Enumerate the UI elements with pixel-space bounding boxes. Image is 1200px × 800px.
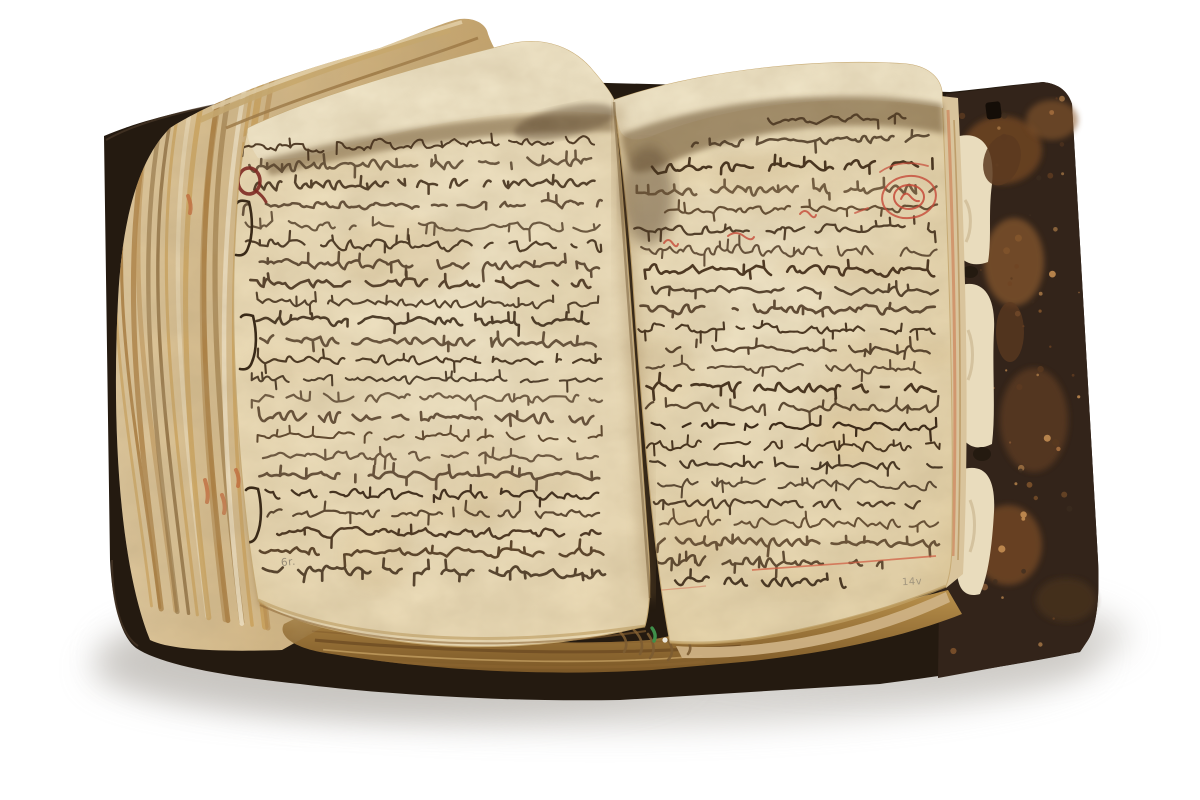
rust-speckle bbox=[1078, 292, 1080, 294]
rust-speckle bbox=[1019, 469, 1023, 473]
rust-speckle bbox=[1038, 642, 1042, 646]
pastedown-gap bbox=[973, 447, 991, 461]
rust-speckle bbox=[1014, 264, 1019, 269]
rust-speckle bbox=[1049, 271, 1056, 278]
rust-speckle bbox=[1072, 374, 1075, 377]
rust-speckle bbox=[1037, 366, 1043, 372]
rust-speckle bbox=[980, 269, 982, 271]
board-hole bbox=[985, 101, 1002, 120]
rust-speckle bbox=[1053, 617, 1055, 619]
rust-speckle bbox=[1052, 439, 1059, 446]
rust-patch bbox=[1000, 368, 1068, 472]
rust-speckle bbox=[1053, 227, 1058, 232]
photo-canvas: 6r. 14v bbox=[0, 0, 1200, 800]
rust-speckle bbox=[1044, 435, 1051, 442]
rust-speckle bbox=[1010, 277, 1012, 279]
rust-speckle bbox=[1014, 482, 1017, 485]
rust-speckle bbox=[1061, 172, 1064, 175]
rust-speckle bbox=[1039, 310, 1042, 313]
white-thread bbox=[662, 637, 667, 642]
rust-speckle bbox=[1077, 395, 1080, 398]
rust-speckle bbox=[1020, 511, 1026, 517]
folio-mark-left: 6r. bbox=[280, 556, 296, 569]
rust-patch bbox=[984, 218, 1044, 306]
rust-speckle bbox=[998, 545, 1005, 552]
rust-speckle bbox=[1066, 506, 1072, 512]
rust-speckle bbox=[1016, 384, 1022, 390]
rust-speckle bbox=[1001, 112, 1007, 118]
rust-speckle bbox=[1001, 596, 1004, 599]
rust-patch bbox=[1036, 578, 1096, 622]
rust-speckle bbox=[1039, 292, 1043, 296]
rust-speckle bbox=[1003, 247, 1010, 254]
rust-speckle bbox=[997, 126, 1000, 129]
rust-speckle bbox=[1009, 441, 1011, 443]
rust-speckle bbox=[959, 113, 965, 119]
rust-speckle bbox=[1049, 110, 1054, 115]
rust-speckle bbox=[1029, 214, 1031, 216]
rust-speckle bbox=[1015, 235, 1022, 242]
rust-speckle bbox=[1056, 447, 1060, 451]
rust-overhang bbox=[996, 302, 1024, 362]
rust-speckle bbox=[1060, 142, 1065, 147]
rust-speckle bbox=[1047, 173, 1053, 179]
rust-speckle bbox=[1034, 496, 1038, 500]
rust-speckle bbox=[1056, 97, 1058, 99]
manuscript-photo: 6r. 14v bbox=[0, 0, 1200, 800]
rust-speckle bbox=[1021, 569, 1026, 574]
rust-speckle bbox=[1049, 346, 1051, 348]
folio-mark-right: 14v bbox=[902, 576, 923, 588]
rust-speckle bbox=[1008, 281, 1013, 286]
rust-speckle bbox=[1059, 96, 1065, 102]
rust-speckle bbox=[1027, 482, 1033, 488]
rust-patch bbox=[1026, 100, 1078, 140]
rust-speckle bbox=[993, 579, 998, 584]
rust-speckle bbox=[1005, 369, 1007, 371]
rust-speckle bbox=[1036, 374, 1039, 377]
rust-speckle bbox=[950, 648, 956, 654]
rust-speckle bbox=[1031, 300, 1034, 303]
rust-speckle bbox=[1061, 492, 1067, 498]
rust-speckle bbox=[1036, 175, 1041, 180]
